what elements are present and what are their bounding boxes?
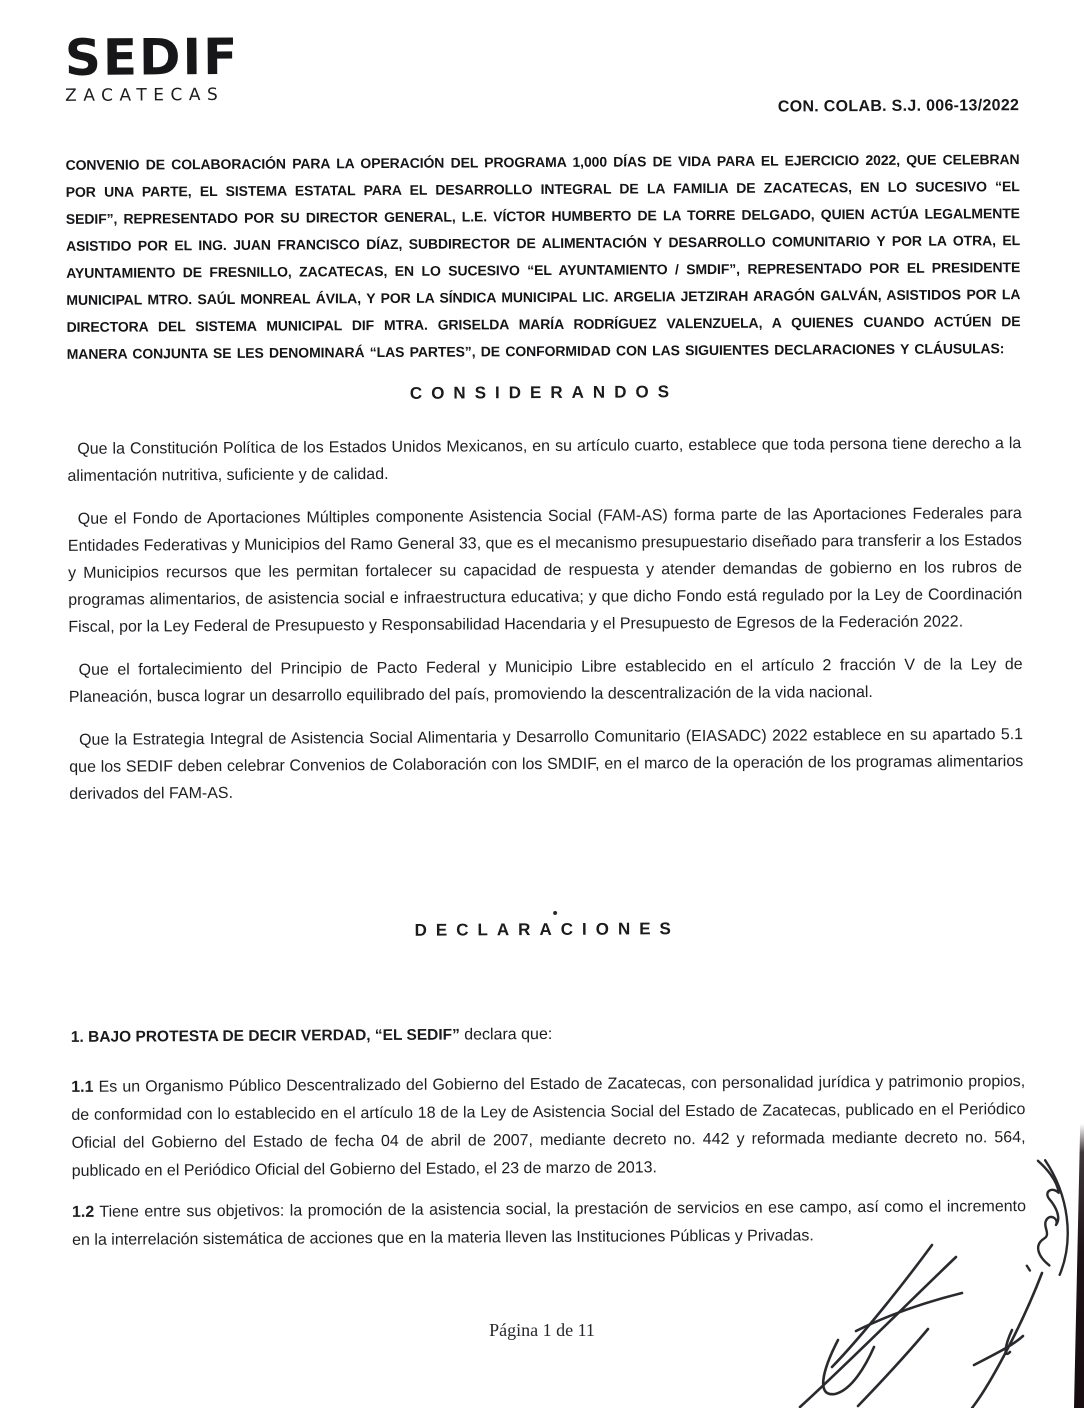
declaration-statement: 1. BAJO PROTESTA DE DECIR VERDAD, “EL SE… [71,1020,1025,1050]
document-content: SEDIF ZACATECAS CON. COLAB. S.J. 006-13/… [65,0,1028,1408]
declaraciones-section: DECLARACIONES 1. BAJO PROTESTA DE DECIR … [70,917,1026,1255]
considerando-paragraph: Que el Fondo de Aportaciones Múltiples c… [68,500,1023,641]
document-page: SEDIF ZACATECAS CON. COLAB. S.J. 006-13/… [0,0,1084,1408]
logo-title: SEDIF [65,31,325,83]
ink-dot-mark [553,911,557,915]
logo-subtitle: ZACATECAS [65,84,325,106]
considerandos-heading: CONSIDERANDOS [67,380,1021,406]
sedif-logo: SEDIF ZACATECAS [65,31,325,106]
page-number: Página 1 de 11 [0,1320,1084,1341]
statement-regular-text: declara que: [464,1026,552,1044]
clause-1-1-text: Es un Organismo Público Descentralizado … [71,1073,1025,1180]
declaraciones-heading-text: DECLARACIONES [415,919,680,940]
declaraciones-heading: DECLARACIONES [70,917,1024,943]
clause-1-1: 1.1 Es un Organismo Público Descentraliz… [71,1068,1026,1186]
clause-1-2: 1.2 Tiene entre sus objetivos: la promoc… [72,1193,1026,1255]
intro-paragraph: CONVENIO DE COLABORACIÓN PARA LA OPERACI… [65,146,1020,368]
clause-1-1-number: 1.1 [71,1079,93,1096]
scan-edge-artifact [1074,1124,1084,1408]
statement-bold-text: 1. BAJO PROTESTA DE DECIR VERDAD, “EL SE… [71,1027,460,1046]
clause-1-2-number: 1.2 [72,1204,94,1221]
considerando-paragraph: Que la Estrategia Integral de Asistencia… [69,721,1023,808]
document-reference: CON. COLAB. S.J. 006-13/2022 [778,97,1019,116]
clause-1-2-text: Tiene entre sus objetivos: la promoción … [72,1198,1026,1249]
considerando-paragraph: Que el fortalecimiento del Principio de … [69,651,1023,711]
considerando-paragraph: Que la Constitución Política de los Esta… [67,430,1021,490]
